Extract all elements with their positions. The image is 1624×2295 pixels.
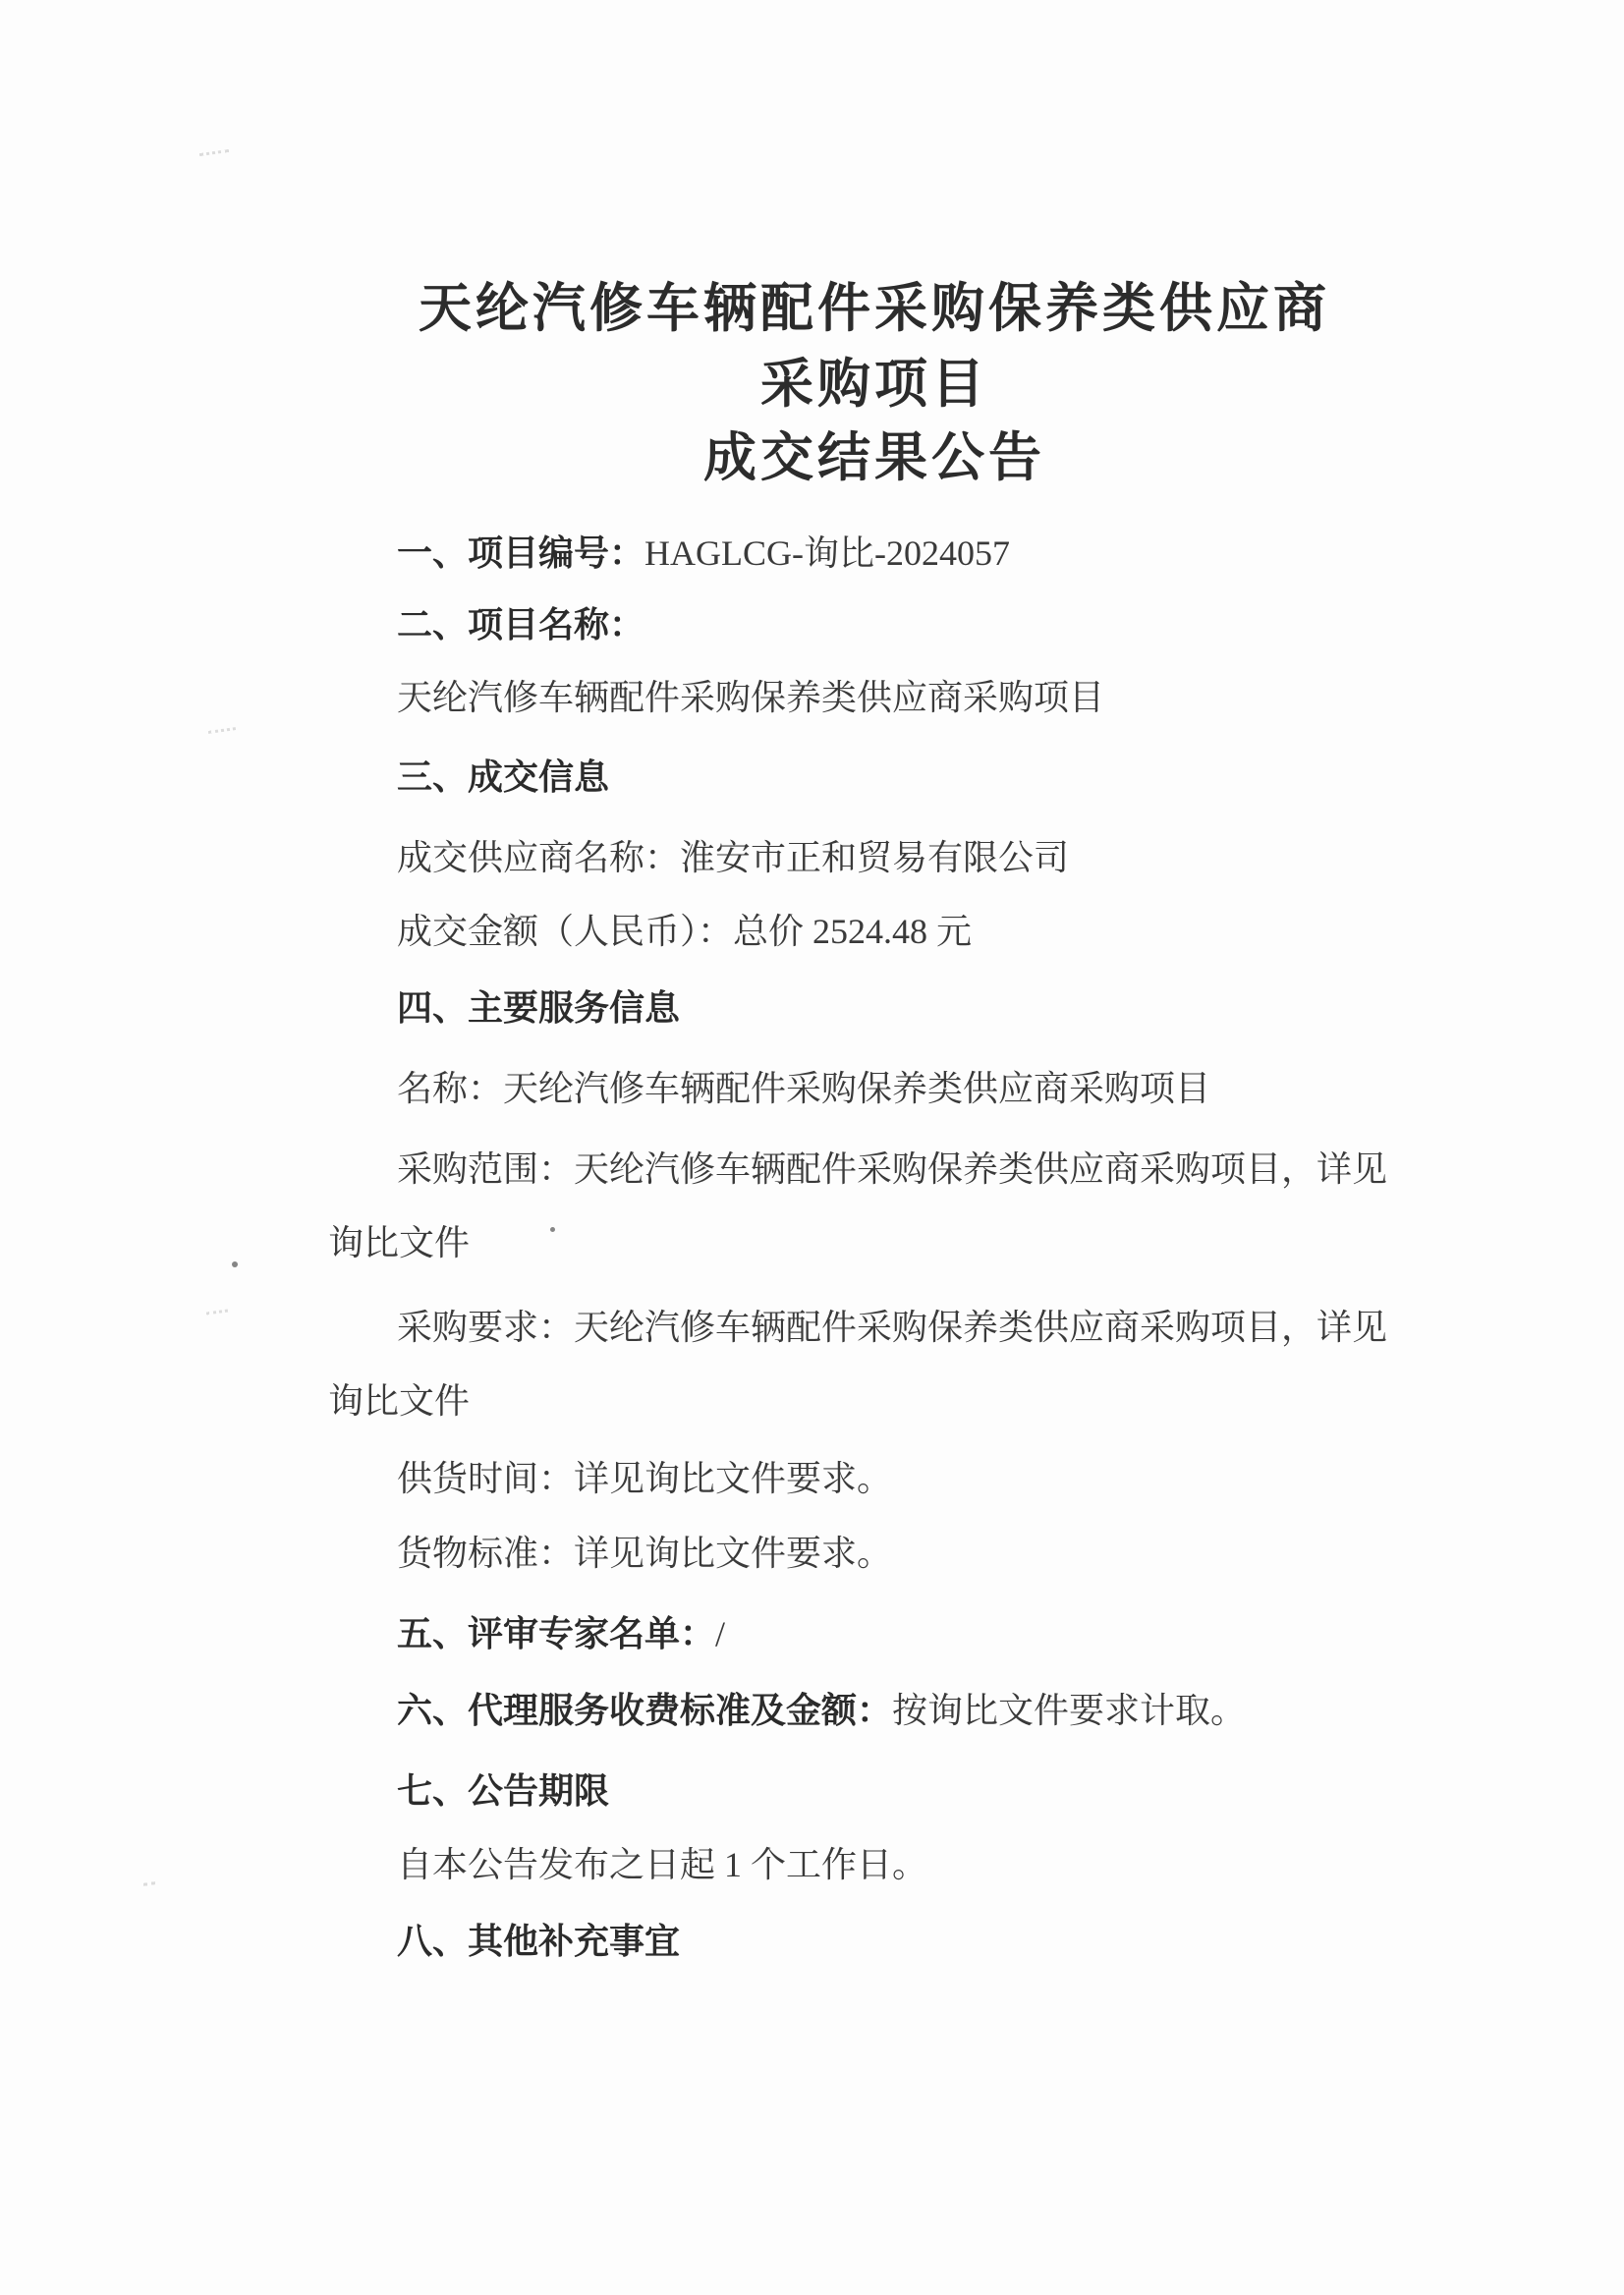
- project-number-label: 一、项目编号：: [397, 533, 644, 573]
- agency-fee-label: 六、代理服务收费标准及金额：: [397, 1691, 892, 1730]
- scan-artifact: [232, 1261, 238, 1267]
- service-info-heading: 四、主要服务信息: [328, 988, 680, 1029]
- procurement-scope-continuation: 询比文件: [328, 1223, 470, 1263]
- scan-artifact: [208, 727, 236, 734]
- announcement-period-heading: 七、公告期限: [328, 1771, 609, 1812]
- project-name-value: 天纶汽修车辆配件采购保养类供应商采购项目: [397, 678, 1104, 717]
- expert-list-label: 五、评审专家名单：: [397, 1614, 715, 1653]
- document-title-line-3: 成交结果公告: [334, 429, 1415, 487]
- award-amount-value: 成交金额（人民币）：总价 2524.48 元: [397, 912, 972, 951]
- scan-artifact: [206, 1309, 228, 1315]
- scan-artifact: [199, 149, 229, 156]
- document-title-line-1: 天纶汽修车辆配件采购保养类供应商: [334, 280, 1415, 338]
- procurement-requirement-continuation: 询比文件: [328, 1381, 470, 1422]
- service-name-line: 名称：天纶汽修车辆配件采购保养类供应商采购项目: [328, 1069, 1210, 1109]
- scan-artifact: [550, 1227, 555, 1232]
- supplier-name-line: 成交供应商名称：淮安市正和贸易有限公司: [328, 838, 1069, 878]
- announcement-period-value-line: 自本公告发布之日起 1 个工作日。: [328, 1845, 927, 1885]
- delivery-time-line: 供货时间：详见询比文件要求。: [328, 1459, 892, 1499]
- procurement-scope-line: 采购范围：天纶汽修车辆配件采购保养类供应商采购项目，详见: [328, 1149, 1387, 1190]
- document-title-line-2: 采购项目: [334, 356, 1415, 414]
- expert-list-value: /: [715, 1614, 725, 1653]
- document-page: 天纶汽修车辆配件采购保养类供应商 采购项目 成交结果公告 一、项目编号：HAGL…: [0, 0, 1624, 2295]
- scan-artifact: [143, 1881, 155, 1886]
- procurement-requirement-line: 采购要求：天纶汽修车辆配件采购保养类供应商采购项目，详见: [328, 1308, 1387, 1348]
- project-number-value: HAGLCG-询比-2024057: [644, 533, 1010, 573]
- goods-standard-line: 货物标准：详见询比文件要求。: [328, 1534, 892, 1574]
- project-name-heading: 二、项目名称：: [328, 605, 644, 645]
- expert-list-line: 五、评审专家名单：/: [328, 1614, 725, 1654]
- agency-fee-line: 六、代理服务收费标准及金额：按询比文件要求计取。: [328, 1691, 1246, 1731]
- agency-fee-value: 按询比文件要求计取。: [892, 1691, 1246, 1730]
- supplier-name-value: 成交供应商名称：淮安市正和贸易有限公司: [397, 838, 1069, 877]
- award-info-heading: 三、成交信息: [328, 757, 609, 798]
- award-amount-line: 成交金额（人民币）：总价 2524.48 元: [328, 912, 972, 952]
- other-matters-heading: 八、其他补充事宜: [328, 1922, 680, 1962]
- project-name-label: 二、项目名称：: [397, 605, 644, 644]
- project-name-value-line: 天纶汽修车辆配件采购保养类供应商采购项目: [328, 678, 1104, 718]
- project-number-line: 一、项目编号：HAGLCG-询比-2024057: [328, 533, 1010, 574]
